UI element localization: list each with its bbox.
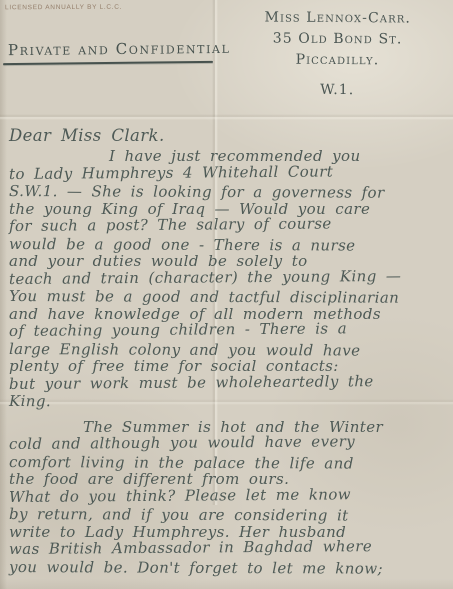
horizontal-fold-crease-top	[0, 114, 453, 120]
letter-line: You must be a good and tactful disciplin…	[9, 288, 447, 307]
letter-line: S.W.1. — She is looking for a governess …	[9, 183, 447, 202]
address-name: Miss Lennox-Carr.	[255, 7, 420, 29]
license-stamp: Licensed Annually by L.C.C.	[5, 4, 122, 12]
letter-line: by return, and if you are considering it	[9, 506, 447, 525]
letter-line: King.	[9, 393, 447, 412]
letter-line: What do you think? Please let me know	[9, 485, 447, 506]
letter-line: to Lady Humphreys 4 Whitehall Court	[9, 162, 447, 183]
heading-underline	[3, 61, 213, 65]
letter-line: but your work must be wholeheartedly the	[9, 372, 447, 393]
letter-line: of teaching young children - There is a	[9, 320, 447, 341]
letter-line: cold and although you would have every	[9, 433, 447, 454]
letter-line: would be a good one - There is a nurse	[9, 236, 447, 255]
letter-line: for such a post? The salary of course	[9, 215, 447, 236]
letter-line: large English colony and you would have	[9, 341, 447, 360]
address-block: Miss Lennox-Carr. 35 Old Bond St. Piccad…	[255, 7, 421, 101]
address-district: Piccadilly.	[255, 49, 420, 71]
letter-page: Licensed Annually by L.C.C. Private and …	[0, 0, 453, 589]
salutation: Dear Miss Clark.	[9, 124, 447, 148]
letter-line: comfort living in the palace the life an…	[9, 454, 447, 473]
address-postal: W.1.	[255, 79, 420, 101]
letter-line: you would be. Don't forget to let me kno…	[9, 559, 447, 578]
letter-line: was British Ambassador in Baghdad where	[9, 538, 447, 559]
letter-body: Dear Miss Clark. I have just recommended…	[9, 124, 447, 576]
confidential-heading: Private and Confidential	[8, 39, 231, 59]
address-street: 35 Old Bond St.	[255, 28, 420, 50]
letter-line: teach and train (character) the young Ki…	[9, 267, 447, 288]
